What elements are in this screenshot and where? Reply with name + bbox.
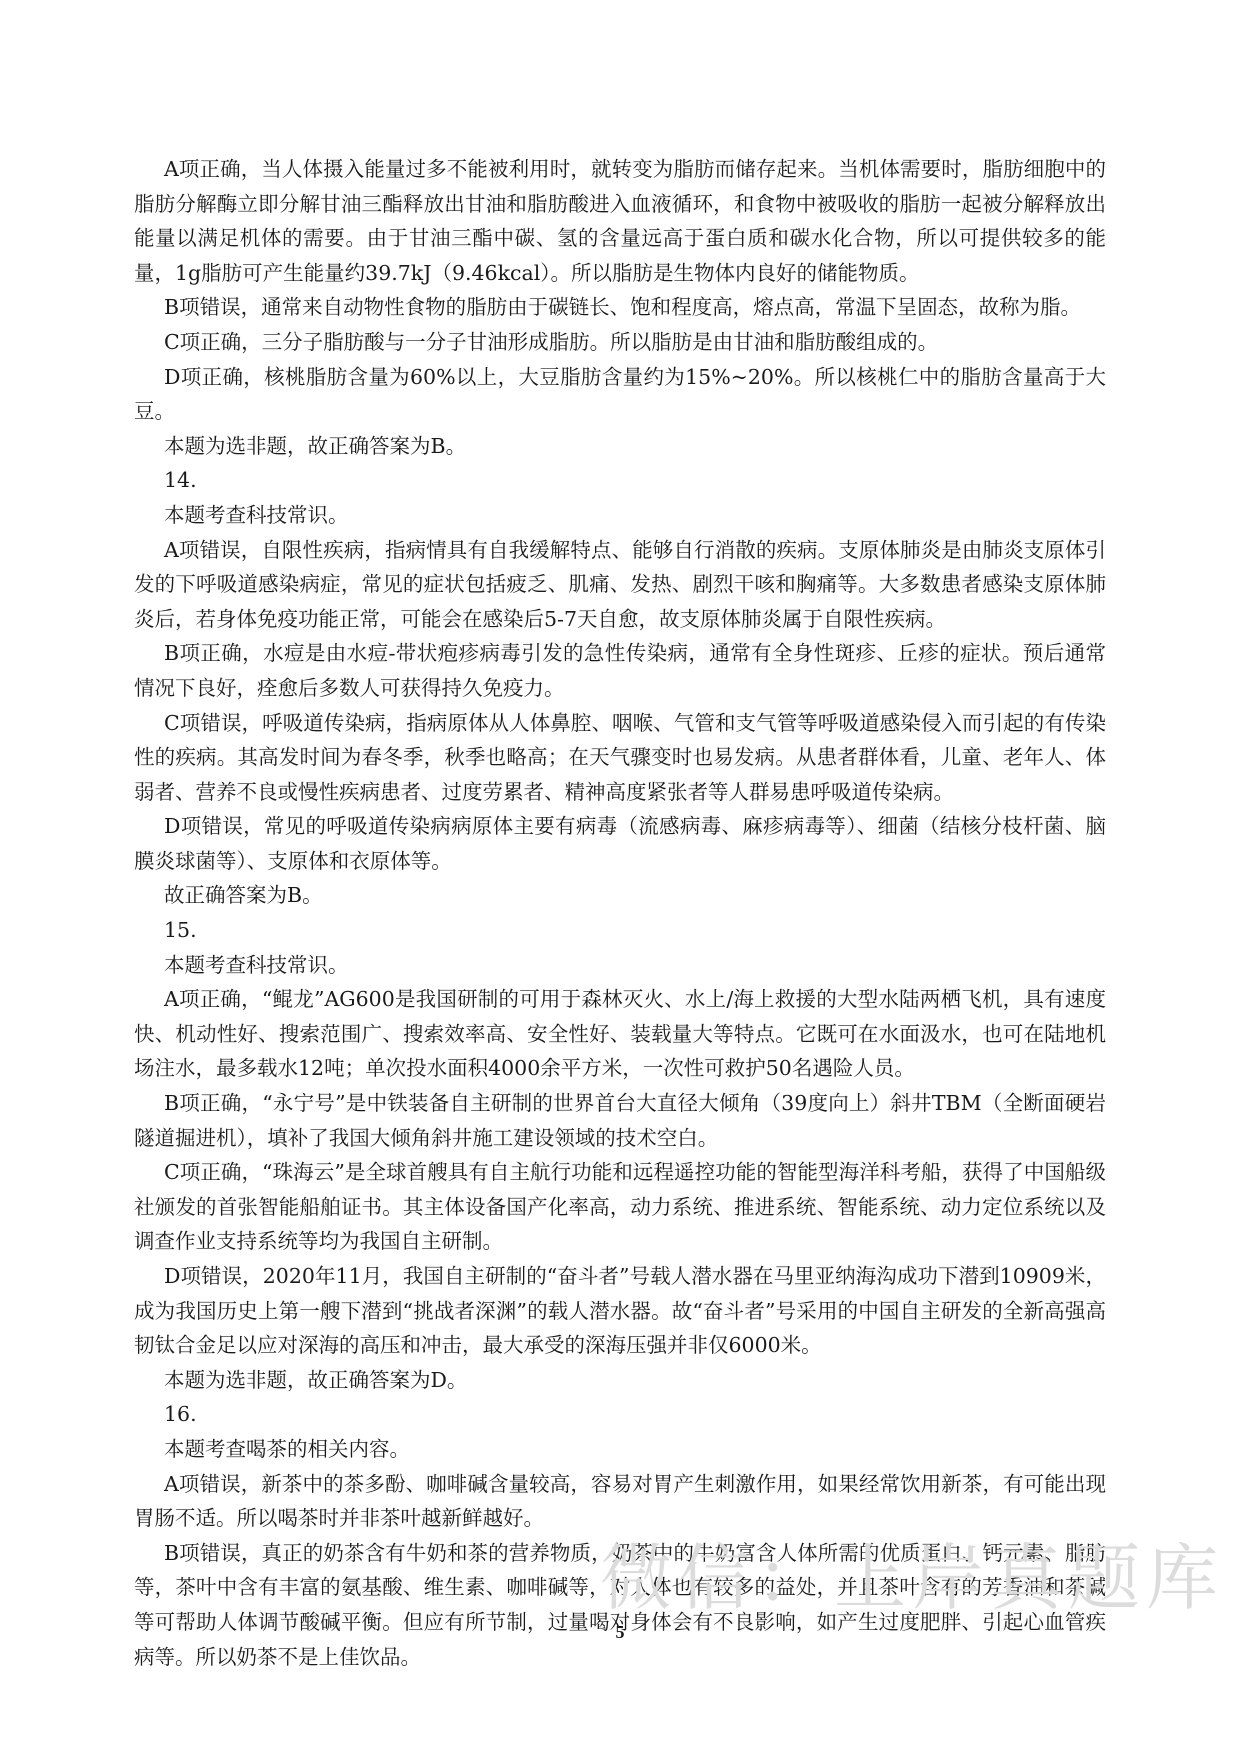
paragraph: A项错误，自限性疾病，指病情具有自我缓解特点、能够自行消散的疾病。支原体肺炎是由… [134,533,1106,637]
paragraph: A项正确，当人体摄入能量过多不能被利用时，就转变为脂肪而储存起来。当机体需要时，… [134,152,1106,290]
question-number: 15. [134,913,1106,948]
topic-line: 本题考查科技常识。 [134,498,1106,533]
answer-line: 本题为选非题，故正确答案为B。 [134,429,1106,464]
paragraph: D项正确，核桃脂肪含量为60%以上，大豆脂肪含量约为15%~20%。所以核桃仁中… [134,360,1106,429]
watermark: 微信：上岸真题库 [600,1520,1224,1624]
answer-line: 本题为选非题，故正确答案为D。 [134,1363,1106,1398]
answer-line: 故正确答案为B。 [134,878,1106,913]
paragraph: C项正确，“珠海云”是全球首艘具有自主航行功能和远程遥控功能的智能型海洋科考船，… [134,1155,1106,1259]
paragraph: C项正确，三分子脂肪酸与一分子甘油形成脂肪。所以脂肪是由甘油和脂肪酸组成的。 [134,325,1106,360]
document-body: A项正确，当人体摄入能量过多不能被利用时，就转变为脂肪而储存起来。当机体需要时，… [134,152,1106,1674]
paragraph: C项错误，呼吸道传染病，指病原体从人体鼻腔、咽喉、气管和支气管等呼吸道感染侵入而… [134,706,1106,810]
paragraph: B项错误，通常来自动物性食物的脂肪由于碳链长、饱和程度高，熔点高，常温下呈固态，… [134,290,1106,325]
question-number: 16. [134,1397,1106,1432]
paragraph: D项错误，常见的呼吸道传染病病原体主要有病毒（流感病毒、麻疹病毒等）、细菌（结核… [134,809,1106,878]
paragraph: B项正确，水痘是由水痘-带状疱疹病毒引发的急性传染病，通常有全身性斑疹、丘疹的症… [134,636,1106,705]
topic-line: 本题考查科技常识。 [134,948,1106,983]
paragraph: D项错误，2020年11月，我国自主研制的“奋斗者”号载人潜水器在马里亚纳海沟成… [134,1259,1106,1363]
paragraph: B项正确，“永宁号”是中铁装备自主研制的世界首台大直径大倾角（39度向上）斜井T… [134,1086,1106,1155]
topic-line: 本题考查喝茶的相关内容。 [134,1432,1106,1467]
page-number: 5 [0,1622,1240,1643]
paragraph: A项正确，“鲲龙”AG600是我国研制的可用于森林灭火、水上/海上救援的大型水陆… [134,982,1106,1086]
question-number: 14. [134,463,1106,498]
